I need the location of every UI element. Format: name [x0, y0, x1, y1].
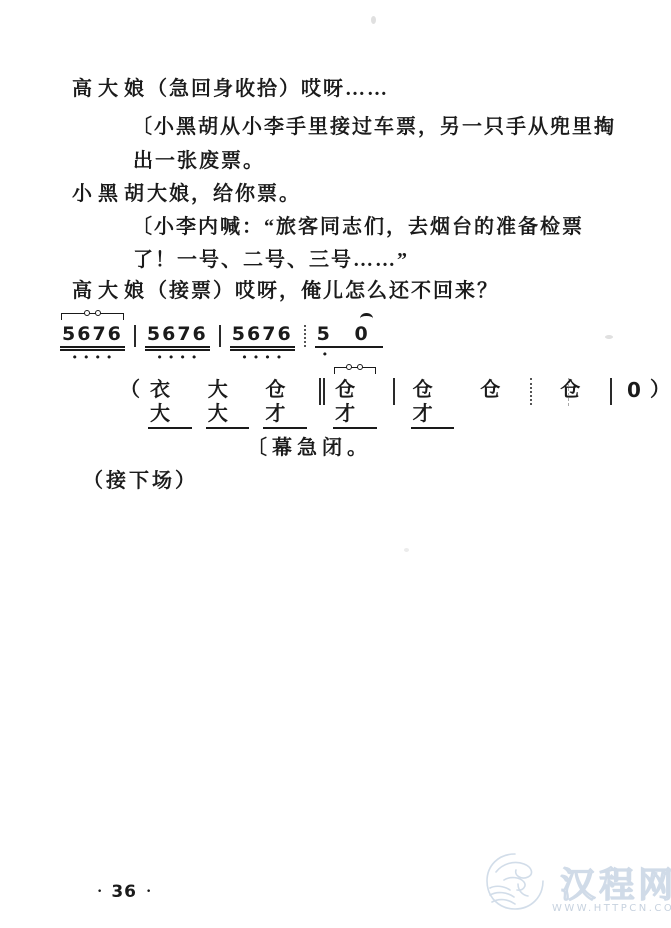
stage-direction-text: 〔小李内喊：“旅客同志们，去烟台的准备检票 — [132, 216, 584, 238]
percussion-group: 仓才 — [263, 378, 307, 429]
percussion-group: 衣大 — [148, 378, 192, 429]
scanned-script-page: 高大娘 （急回身收拾）哎呀…… 〔小黑胡从小李手里接过车票，另一只手从兜里掏 出… — [0, 0, 671, 928]
watermark-url: WWW.HTTPCN.COM — [552, 903, 671, 914]
ornament-dot: • — [146, 888, 151, 897]
jianpu-notation-row: 5676 •••• 5676 •••• 5676 •••• 5 0 • — [60, 325, 383, 361]
percussion-syllables: 仓才 — [335, 379, 358, 425]
scan-speck — [605, 335, 613, 339]
octave-dots: • — [315, 351, 329, 358]
dialogue-text: （急回身收拾）哎呀…… — [147, 78, 389, 100]
barline — [610, 378, 612, 405]
octave-dots: •••• — [237, 354, 287, 361]
page-number-value: 36 — [111, 882, 137, 902]
speaker-name: 高大娘 — [72, 78, 150, 100]
percussion-group: 仓才 — [333, 378, 377, 429]
dialogue-text: 大娘，给你票。 — [147, 183, 301, 205]
open-paren: （ — [120, 378, 140, 402]
note-digits: 5676 — [145, 325, 210, 351]
percussion-group: 仓 — [558, 378, 584, 403]
dialogue-text: （接票）哎呀，俺儿怎么还不回来？ — [147, 280, 499, 302]
percussion-row: （ 衣大 大大 仓才 仓才 仓才 仓 仓 0 ） — [119, 378, 671, 429]
watermark-text: 汉程网 WWW.HTTPCN.COM — [552, 867, 671, 914]
next-scene-note: （接下场） — [83, 464, 198, 493]
measure: 5676 •••• — [230, 325, 295, 361]
close-paren: ） — [650, 378, 670, 402]
note-digits: 5676 — [230, 325, 295, 351]
watermark-logo-icon — [482, 850, 548, 914]
percussion-group: 仓 — [478, 378, 504, 403]
barline — [393, 378, 395, 405]
scan-speck — [404, 548, 409, 552]
note-digits: 5676 — [60, 325, 125, 351]
octave-dots: •••• — [67, 354, 117, 361]
page-number: • 36 • — [97, 882, 151, 902]
percussion-group: 仓才 — [411, 378, 455, 429]
watermark: 汉程网 WWW.HTTPCN.COM — [482, 850, 671, 914]
measure: 5676 •••• — [60, 325, 125, 361]
barline-dashed — [530, 378, 532, 405]
stage-direction-text: 了！一号、二号、三号……” — [133, 249, 409, 271]
measure: 5676 •••• — [145, 325, 210, 361]
fermata-icon — [360, 313, 373, 324]
barline — [134, 325, 136, 347]
speaker-name: 高大娘 — [72, 280, 150, 302]
ornament-dot: • — [97, 888, 102, 897]
curtain-note: 〔幕急闭。 — [247, 431, 372, 460]
barline — [219, 325, 221, 347]
speaker-name: 小黑胡 — [72, 183, 150, 205]
stage-direction-text: 出一张废票。 — [133, 150, 265, 172]
octave-dots: •••• — [152, 354, 202, 361]
roll-bracket-icon — [334, 367, 376, 374]
percussion-group: 0 — [625, 378, 645, 403]
measure: 5 0 • — [315, 325, 383, 358]
barline-dashed — [304, 325, 306, 347]
watermark-brand: 汉程网 — [560, 867, 671, 905]
stage-direction-text: 〔小黑胡从小李手里接过车票，另一只手从兜里掏 — [132, 116, 616, 138]
double-barline — [319, 378, 325, 405]
faint-dashed-barline — [568, 378, 569, 406]
percussion-group: 大大 — [206, 378, 250, 429]
note-digits: 5 0 — [315, 325, 383, 348]
scan-speck — [371, 16, 376, 24]
roll-bracket-icon — [61, 313, 124, 320]
